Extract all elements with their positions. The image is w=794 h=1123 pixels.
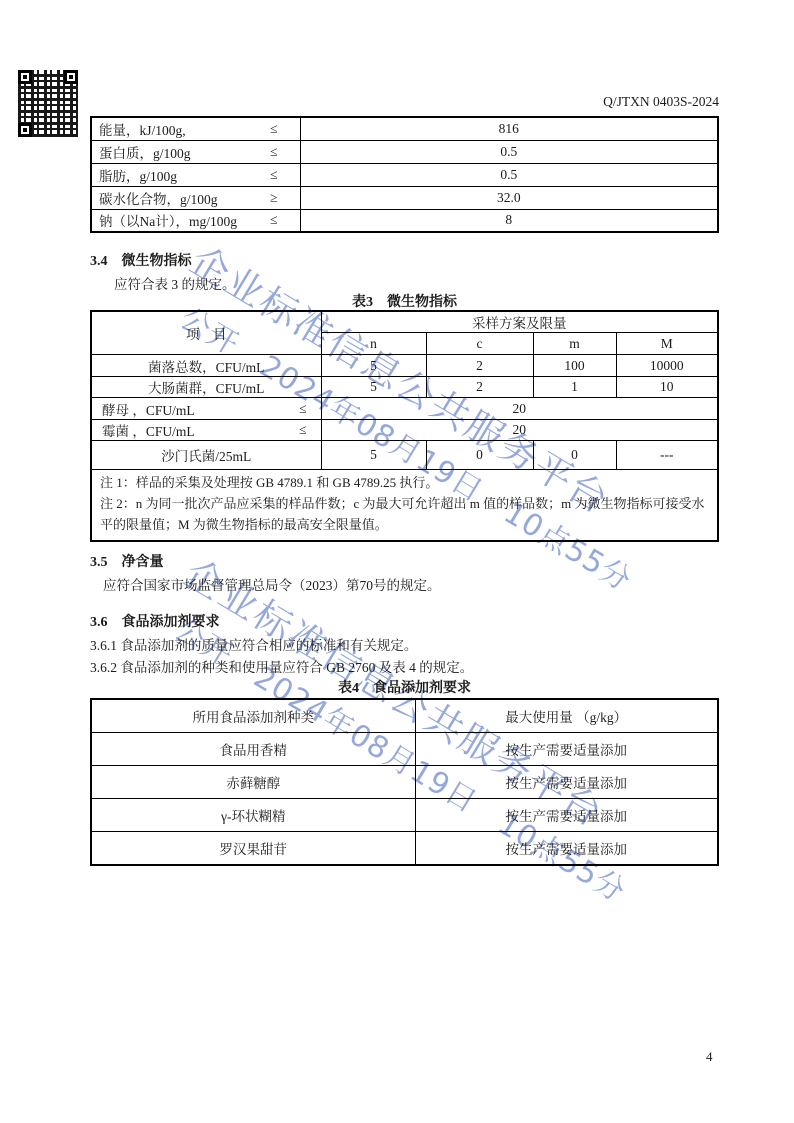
additive-amount: 按生产需要适量添加 bbox=[415, 831, 718, 865]
row-label: 大肠菌群，CFU/mL bbox=[91, 377, 321, 398]
row-label: 蛋白质，g/100g bbox=[99, 142, 191, 162]
table-row: 酵母 ，CFU/mL≤ 20 bbox=[91, 398, 718, 420]
column-header: M bbox=[616, 333, 718, 355]
additive-amount: 按生产需要适量添加 bbox=[415, 765, 718, 798]
section-item-3-6-1: 3.6.1 食品添加剂的质量应符合相应的标准和有关规定。 bbox=[90, 634, 417, 654]
table-row: γ-环状糊精 按生产需要适量添加 bbox=[91, 798, 718, 831]
cell-value: 1 bbox=[533, 377, 616, 398]
cell-value: 10000 bbox=[616, 355, 718, 377]
qr-finder-icon bbox=[18, 123, 32, 137]
table-row: 霉菌 ，CFU/mL≤ 20 bbox=[91, 420, 718, 441]
cell-value: 10 bbox=[616, 377, 718, 398]
row-value: 8 bbox=[300, 209, 718, 232]
row-label: 脂肪，g/100g bbox=[99, 165, 177, 185]
operator: ≤ bbox=[270, 144, 277, 160]
table-row: 钠（以Na计），mg/100g≤ 8 bbox=[91, 209, 718, 232]
additive-table: 所用食品添加剂种类 最大使用量 （g/kg） 食品用香精 按生产需要适量添加 赤… bbox=[90, 698, 719, 866]
column-header: m bbox=[533, 333, 616, 355]
qr-code bbox=[18, 70, 78, 137]
column-header: 采样方案及限量 bbox=[321, 311, 718, 333]
table-row: 所用食品添加剂种类 最大使用量 （g/kg） bbox=[91, 699, 718, 732]
cell-value: --- bbox=[616, 441, 718, 470]
table-row: 脂肪，g/100g≤ 0.5 bbox=[91, 163, 718, 186]
table3-caption: 表3 微生物指标 bbox=[90, 291, 719, 311]
qr-finder-icon bbox=[18, 70, 32, 84]
cell-value: 20 bbox=[321, 420, 718, 441]
nutrition-table: 能量，kJ/100g,≤ 816 蛋白质，g/100g≤ 0.5 脂肪，g/10… bbox=[90, 116, 719, 233]
table-row: 碳水化合物，g/100g≥ 32.0 bbox=[91, 186, 718, 209]
section-item-3-6-2: 3.6.2 食品添加剂的种类和使用量应符合 GB 2760 及表 4 的规定。 bbox=[90, 656, 473, 676]
table-row: 罗汉果甜苷 按生产需要适量添加 bbox=[91, 831, 718, 865]
column-header: 最大使用量 （g/kg） bbox=[415, 699, 718, 732]
operator: ≤ bbox=[270, 121, 277, 137]
qr-finder-icon bbox=[64, 70, 78, 84]
row-label: 钠（以Na计），mg/100g bbox=[99, 210, 237, 230]
table-row: 食品用香精 按生产需要适量添加 bbox=[91, 732, 718, 765]
section-body-3-4: 应符合表 3 的规定。 bbox=[114, 273, 236, 293]
operator: ≤ bbox=[299, 401, 306, 417]
cell-value: 20 bbox=[321, 398, 718, 420]
row-label: 霉菌 ，CFU/mL bbox=[102, 420, 195, 440]
cell-value: 2 bbox=[426, 377, 533, 398]
micro-table: 项 目 采样方案及限量 n c m M 菌落总数，CFU/mL 5 2 100 … bbox=[90, 310, 719, 542]
row-label: 沙门氏菌/25mL bbox=[91, 441, 321, 470]
table-row: 蛋白质，g/100g≤ 0.5 bbox=[91, 140, 718, 163]
table-row: 菌落总数，CFU/mL 5 2 100 10000 bbox=[91, 355, 718, 377]
row-value: 816 bbox=[300, 117, 718, 140]
row-value: 32.0 bbox=[300, 186, 718, 209]
doc-code: Q/JTXN 0403S-2024 bbox=[430, 94, 719, 110]
section-heading-3-4: 3.4 微生物指标 bbox=[90, 250, 192, 270]
row-value: 0.5 bbox=[300, 140, 718, 163]
column-header: c bbox=[426, 333, 533, 355]
additive-kind: 赤藓糖醇 bbox=[91, 765, 415, 798]
cell-value: 0 bbox=[533, 441, 616, 470]
table-row: 赤藓糖醇 按生产需要适量添加 bbox=[91, 765, 718, 798]
row-label: 能量，kJ/100g, bbox=[99, 119, 186, 139]
table-row: 沙门氏菌/25mL 5 0 0 --- bbox=[91, 441, 718, 470]
row-label: 酵母 ，CFU/mL bbox=[102, 399, 195, 419]
cell-value: 5 bbox=[321, 441, 426, 470]
section-heading-3-6: 3.6 食品添加剂要求 bbox=[90, 611, 220, 631]
additive-amount: 按生产需要适量添加 bbox=[415, 732, 718, 765]
additive-kind: 罗汉果甜苷 bbox=[91, 831, 415, 865]
table-row: 项 目 采样方案及限量 bbox=[91, 311, 718, 333]
operator: ≤ bbox=[270, 212, 277, 228]
operator: ≤ bbox=[270, 167, 277, 183]
table4-caption: 表4 食品添加剂要求 bbox=[90, 677, 719, 697]
column-header: n bbox=[321, 333, 426, 355]
row-label: 菌落总数，CFU/mL bbox=[91, 355, 321, 377]
operator: ≤ bbox=[299, 422, 306, 438]
cell-value: 0 bbox=[426, 441, 533, 470]
column-header: 项 目 bbox=[91, 311, 321, 355]
table-row: 能量，kJ/100g,≤ 816 bbox=[91, 117, 718, 140]
section-heading-3-5: 3.5 净含量 bbox=[90, 551, 164, 571]
row-value: 0.5 bbox=[300, 163, 718, 186]
operator: ≥ bbox=[270, 190, 277, 206]
cell-value: 100 bbox=[533, 355, 616, 377]
table-row: 大肠菌群，CFU/mL 5 2 1 10 bbox=[91, 377, 718, 398]
row-label: 碳水化合物，g/100g bbox=[99, 188, 218, 208]
additive-kind: γ-环状糊精 bbox=[91, 798, 415, 831]
column-header: 所用食品添加剂种类 bbox=[91, 699, 415, 732]
cell-value: 5 bbox=[321, 355, 426, 377]
additive-amount: 按生产需要适量添加 bbox=[415, 798, 718, 831]
table-row: 注 1：样品的采集及处理按 GB 4789.1 和 GB 4789.25 执行。… bbox=[91, 470, 718, 542]
section-body-3-5: 应符合国家市场监督管理总局令（2023）第70号的规定。 bbox=[103, 574, 441, 594]
page-number: 4 bbox=[706, 1049, 713, 1065]
cell-value: 5 bbox=[321, 377, 426, 398]
cell-value: 2 bbox=[426, 355, 533, 377]
table-note-1: 注 1：样品的采集及处理按 GB 4789.1 和 GB 4789.25 执行。 bbox=[100, 473, 709, 494]
table-note-2: 注 2：n 为同一批次产品应采集的样品件数；c 为最大可允许超出 m 值的样品数… bbox=[100, 494, 709, 536]
document-page: 企业标准信息公共服务平台 公开 2024年08月19日 10点55分 企业标准信… bbox=[0, 0, 794, 1123]
additive-kind: 食品用香精 bbox=[91, 732, 415, 765]
